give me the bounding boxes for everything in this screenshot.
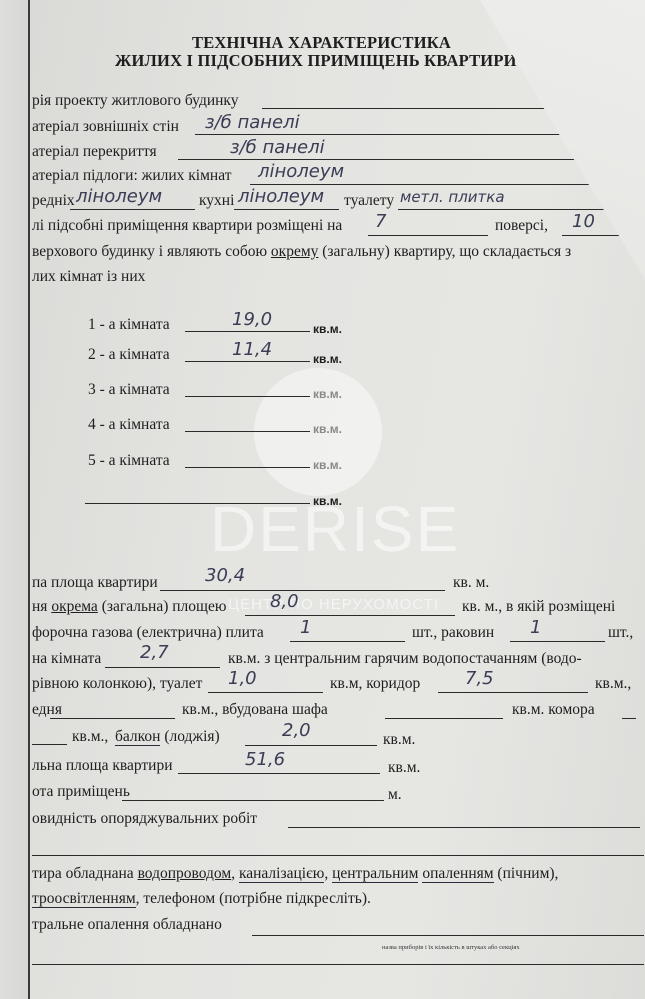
finishing-label: овидність опоряджувальних робіт xyxy=(32,810,257,828)
floor-rooms-value[interactable]: лінолеум xyxy=(258,162,344,182)
bath-label: на кімната xyxy=(32,650,101,668)
equip-water: водопроводом xyxy=(138,865,232,882)
room-area-field[interactable] xyxy=(185,431,310,432)
building-text-b: (загальну) квартиру, що складається з xyxy=(322,243,571,260)
storage-field[interactable] xyxy=(32,744,67,745)
living-area-value[interactable]: 30,4 xyxy=(205,566,245,586)
room-area-unit: кв.м. xyxy=(313,320,342,338)
outer-walls-label: атеріал зовнішніх стін xyxy=(32,118,179,136)
project-series-field[interactable] xyxy=(262,108,562,109)
field-line xyxy=(178,773,380,774)
room-area-unit: кв.м. xyxy=(313,456,342,474)
field-line xyxy=(622,718,636,719)
stove-value[interactable]: 1 xyxy=(300,618,311,638)
room-area-unit: кв.м. xyxy=(313,385,342,403)
pantry-unit: кв.м., вбудована шафа xyxy=(182,701,328,719)
room-area-unit: кв.м. xyxy=(313,420,342,438)
kitchen-area-label: ня окрема (загальна) площею xyxy=(32,598,226,616)
page-left-margin xyxy=(0,0,30,999)
field-line xyxy=(250,184,600,185)
toilet-floor-label: туалету xyxy=(344,192,394,210)
field-line xyxy=(438,692,588,693)
kitchen-area-unit: кв. м., в якій розміщені xyxy=(462,598,615,616)
living-area-label: па площа квартири xyxy=(32,574,158,592)
equip-stove: (пічним), xyxy=(497,865,558,882)
equip-electric: троосвітленням xyxy=(32,890,136,908)
floor-label: атеріал підлоги: жилих кімнат xyxy=(32,167,231,185)
height-unit: м. xyxy=(388,786,402,804)
bath-unit: кв.м. з центральним гарячим водопостачан… xyxy=(228,650,582,668)
field-line xyxy=(160,590,445,591)
toilet-area-unit: кв.м, коридор xyxy=(330,675,420,693)
ceiling-value[interactable]: з/б панелі xyxy=(230,138,325,158)
balcony-underlined: балкон xyxy=(115,728,160,746)
hallway-label: редніх xyxy=(32,192,75,210)
room-area-value[interactable]: 19,0 xyxy=(232,310,272,330)
doc-title-line1: ТЕХНІЧНА ХАРАКТЕРИСТИКА xyxy=(192,34,451,52)
equip-sewer: каналізацією xyxy=(239,865,324,883)
field-line xyxy=(105,667,220,668)
field-line xyxy=(32,964,644,965)
closet-field[interactable] xyxy=(385,718,503,719)
central-heating-label: тральне опалення обладнано xyxy=(32,916,222,934)
heater-label: рівною колонкою), туалет xyxy=(32,675,202,693)
height-field[interactable] xyxy=(122,800,384,801)
room-label: 5 - а кімната xyxy=(88,452,170,470)
corridor-unit: кв.м., xyxy=(595,675,631,693)
room-area-field[interactable] xyxy=(185,396,310,397)
ceiling-label: атеріал перекриття xyxy=(32,143,157,161)
room-area-field[interactable] xyxy=(85,503,310,504)
location-label: лі підсобні приміщення квартири розміщен… xyxy=(32,217,342,235)
binding-line xyxy=(28,0,30,999)
floor-suffix: поверсі, xyxy=(495,217,548,235)
project-series-label: рія проекту житлового будинку xyxy=(32,92,239,110)
rooms-intro: лих кімнат із них xyxy=(32,268,145,286)
room-label: 3 - а кімната xyxy=(88,381,170,399)
field-line xyxy=(398,209,618,210)
total-area-unit: кв.м. xyxy=(388,759,420,777)
balcony-label: балкон (лоджія) xyxy=(115,728,220,746)
stove-label: форочна газова (електрична) плита xyxy=(32,624,264,642)
field-line xyxy=(368,235,488,236)
central-heating-hint: назва приборів і їх кількість в штуках а… xyxy=(382,939,520,957)
equipment-line1: тира обладнана водопроводом, каналізаціє… xyxy=(32,865,558,883)
room-area-field[interactable] xyxy=(185,361,310,362)
kitchen-label-a: ня xyxy=(32,598,47,615)
finishing-field[interactable] xyxy=(288,827,640,828)
doc-title-line2: ЖИЛИХ І ПІДСОБНИХ ПРИМІЩЕНЬ КВАРТИРИ xyxy=(115,52,517,70)
storage-unit: кв.м., xyxy=(72,728,108,746)
room-area-value[interactable]: 11,4 xyxy=(232,340,272,360)
room-area-field[interactable] xyxy=(185,467,310,468)
outer-walls-value[interactable]: з/б панелі xyxy=(205,113,300,133)
field-line xyxy=(32,855,644,856)
room-label: 1 - а кімната xyxy=(88,316,170,334)
field-line xyxy=(245,615,455,616)
room-label: 2 - а кімната xyxy=(88,346,170,364)
field-line xyxy=(178,159,588,160)
kitchen-floor-label: кухні xyxy=(199,192,234,210)
pantry-label: едня xyxy=(32,701,62,719)
hallway-value[interactable]: лінолеум xyxy=(76,187,162,207)
room-area-unit: кв.м. xyxy=(313,350,342,368)
sinks-value[interactable]: 1 xyxy=(530,618,541,638)
toilet-floor-value[interactable]: метл. плитка xyxy=(400,187,505,207)
equip-phone: , телефоном (потрібне підкресліть). xyxy=(136,890,371,907)
building-text: верхового будинку і являють собою окрему… xyxy=(32,243,571,261)
field-line xyxy=(208,692,323,693)
building-floors-value[interactable]: 10 xyxy=(572,212,595,232)
equip-heating: опаленням xyxy=(422,865,493,883)
field-line xyxy=(234,209,339,210)
field-line xyxy=(290,641,405,642)
field-line xyxy=(562,235,620,236)
balcony-unit: кв.м. xyxy=(383,731,415,749)
watermark-subtitle: ЦЕНТР ПО НЕРУХОМОСТІ xyxy=(228,596,439,613)
equipment-line2: троосвітленням, телефоном (потрібне підк… xyxy=(32,890,371,908)
floor-number-value[interactable]: 7 xyxy=(375,212,386,232)
field-line xyxy=(245,745,377,746)
bath-value[interactable]: 2,7 xyxy=(140,643,169,663)
pantry-field[interactable] xyxy=(50,718,175,719)
separate-underlined: окрему xyxy=(271,243,318,260)
sinks-unit: шт., xyxy=(608,624,633,642)
toilet-area-value[interactable]: 1,0 xyxy=(228,669,257,689)
field-line xyxy=(70,209,195,210)
balcony-value[interactable]: 2,0 xyxy=(282,721,311,741)
living-area-unit: кв. м. xyxy=(453,574,489,592)
closet-unit: кв.м. комора xyxy=(512,701,595,719)
room-area-unit: кв.м. xyxy=(313,492,342,510)
room-area-field[interactable] xyxy=(185,331,310,332)
central-heating-field[interactable] xyxy=(252,935,644,936)
corridor-value[interactable]: 7,5 xyxy=(465,669,494,689)
kitchen-separate: окрема xyxy=(51,598,98,615)
kitchen-area-value[interactable]: 8,0 xyxy=(270,592,299,612)
equip-text: тира обладнана xyxy=(32,865,134,882)
balcony-label-b: (лоджія) xyxy=(164,728,219,745)
field-line xyxy=(510,641,605,642)
total-area-label: льна площа квартири xyxy=(32,757,173,775)
field-line xyxy=(195,134,575,135)
room-label: 4 - а кімната xyxy=(88,416,170,434)
kitchen-floor-value[interactable]: лінолеум xyxy=(238,187,324,207)
height-label: ота приміщень xyxy=(32,783,130,801)
equip-central: центральним xyxy=(332,865,418,883)
building-text-a: верхового будинку і являють собою xyxy=(32,243,267,260)
stove-unit: шт., раковин xyxy=(412,624,494,642)
kitchen-label-b: (загальна) площею xyxy=(102,598,227,615)
total-area-value[interactable]: 51,6 xyxy=(245,750,285,770)
